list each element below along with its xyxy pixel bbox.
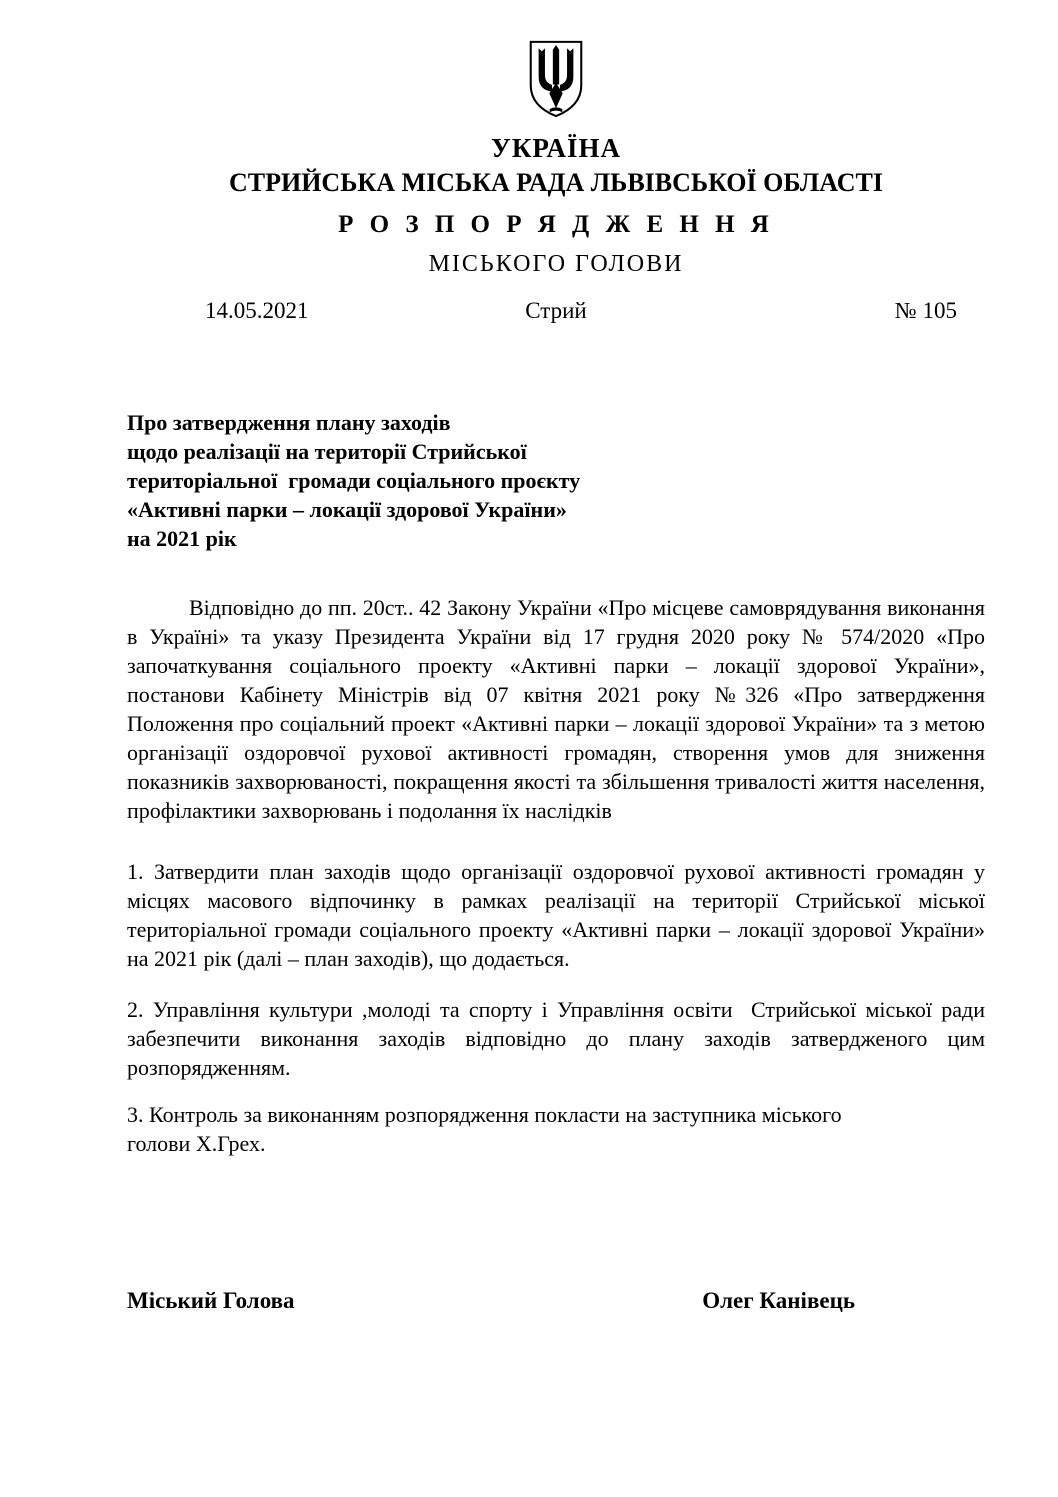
emblem-container: [127, 0, 985, 127]
document-city: Стрий: [525, 298, 587, 324]
document-date: 14.05.2021: [205, 298, 309, 324]
order-item-2: 2. Управління культури ,молоді та спорту…: [127, 995, 985, 1082]
meta-row: 14.05.2021 Стрий № 105: [127, 298, 985, 328]
subject-block: Про затвердження плану заходів щодо реал…: [127, 408, 985, 553]
subject-line: на 2021 рік: [127, 524, 985, 553]
subject-line: щодо реалізації на території Стрийської: [127, 437, 985, 466]
document-page: УКРАЇНА СТРИЙСЬКА МІСЬКА РАДА ЛЬВІВСЬКОЇ…: [0, 0, 1058, 1497]
document-content: УКРАЇНА СТРИЙСЬКА МІСЬКА РАДА ЛЬВІВСЬКОЇ…: [127, 0, 985, 1314]
preamble-paragraph: Відповідно до пп. 20ст.. 42 Закону Украї…: [127, 593, 985, 825]
country-title: УКРАЇНА: [127, 133, 985, 164]
subject-line: територіальної громади соціального проєк…: [127, 466, 985, 495]
signature-row: Міський Голова Олег Канівець: [127, 1288, 985, 1314]
document-type-title: Р О З П О Р Я Д Ж Е Н Н Я: [127, 211, 985, 239]
issuer-title: МІСЬКОГО ГОЛОВИ: [127, 251, 985, 278]
council-title: СТРИЙСЬКА МІСЬКА РАДА ЛЬВІВСЬКОЇ ОБЛАСТІ: [127, 168, 985, 198]
signature-title: Міський Голова: [127, 1288, 295, 1314]
ukraine-trident-shield-icon: [526, 36, 586, 122]
signature-name: Олег Канівець: [702, 1288, 855, 1314]
subject-line: «Активні парки – локації здорової Україн…: [127, 495, 985, 524]
order-item-3: 3. Контроль за виконанням розпорядження …: [127, 1100, 985, 1158]
order-item-1: 1. Затвердити план заходів щодо організа…: [127, 857, 985, 973]
document-number: № 105: [895, 298, 957, 324]
subject-line: Про затвердження плану заходів: [127, 408, 985, 437]
